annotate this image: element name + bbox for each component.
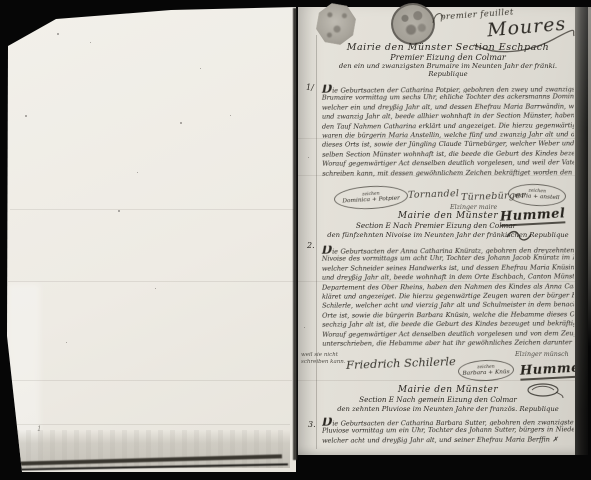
paper-crease [298, 380, 575, 381]
paper-speck [90, 42, 91, 43]
closing-note: weil sie nicht schreiben kann. [301, 352, 347, 366]
paper-speck [155, 288, 156, 289]
signature-elzinger-muensch: Elzinger münsch [515, 351, 569, 358]
stray-pen-mark: 1 [37, 425, 41, 433]
margin-number-1: 1/ [306, 83, 322, 92]
witness-name: Barbara + Knüs [462, 369, 509, 377]
paper-speck [137, 172, 138, 173]
closing-note-line: weil sie nicht [301, 352, 347, 359]
entry-1-header-line-2: Premier Eizung den Colmar [322, 53, 574, 62]
witness-mark-oval-left: zeichen Dominica + Potpier [333, 184, 408, 211]
paper-speck [118, 210, 120, 212]
entry-2-body: Die Geburtsacten der Anna Catharina Knür… [322, 244, 575, 349]
body-line: welcher acht und dreyßig Jahr alt, und s… [322, 435, 574, 446]
paper-crease [12, 380, 292, 381]
paper-crease [10, 209, 294, 210]
paper-speck [66, 342, 67, 343]
paper-speck [308, 157, 309, 158]
body-line: unterschrieben, die Hebamme aber hat ihr… [322, 338, 574, 349]
right-manuscript-page: premier feuillet Moures Mairie den Münst… [298, 7, 575, 455]
witness-mark-oval-right: zeichen maria + anstell [507, 182, 566, 207]
signature-elzinger-maire: Elzinger maire [450, 204, 497, 211]
entry-3-header-line-3: den zehnten Pluviose im Neunten Jahre de… [322, 405, 574, 413]
entry-1-header-line-4: Republique [322, 70, 574, 78]
witness-name: maria + anstell [514, 193, 559, 202]
paper-speck [200, 68, 201, 69]
entry-3-body: Die Geburtsacten der Catharina Barbara S… [322, 416, 574, 445]
paper-speck [57, 33, 59, 35]
paper-speck [25, 115, 27, 117]
entry-3-header-line-2: Section E Nach gemein Eizung den Colmar [312, 396, 564, 404]
round-stamp [391, 3, 435, 45]
margin-number-2: 2. [307, 241, 323, 250]
paper-speck [304, 327, 305, 328]
entry-1-body: Die Geburtsacten der Catharina Potpier, … [322, 83, 574, 178]
entry-2-header-line-3: den fünfzehnten Nivoise im Neunten Jahr … [322, 231, 574, 239]
paper-crease [16, 424, 290, 425]
body-line: schreiben kann, mit dessen gewöhnlichem … [322, 168, 574, 179]
entry-1-header-line-3: den ein und zwanzigsten Brumaire im Neun… [322, 62, 574, 70]
octagonal-stamp [314, 1, 358, 47]
signature-tornandel: Tornandel [408, 188, 460, 201]
paper-speck [230, 115, 231, 116]
closing-note-line: schreiben kann. [301, 359, 347, 366]
paper-crease [8, 281, 296, 282]
witness-mark-oval-barbara: zeichen Barbara + Knüs [458, 359, 515, 382]
book-gutter-shadow [293, 8, 297, 460]
signature-friedrich-schilerle: Friedrich Schilerle [346, 354, 456, 372]
paper-speck [180, 122, 182, 124]
entry-2-header-line-2: Section E Nach Premier Eizung den Colmar [310, 222, 562, 230]
fore-edge-gradient [575, 7, 588, 455]
left-blank-page: 1 [6, 6, 296, 472]
witness-name: Dominica + Potpier [342, 195, 400, 205]
